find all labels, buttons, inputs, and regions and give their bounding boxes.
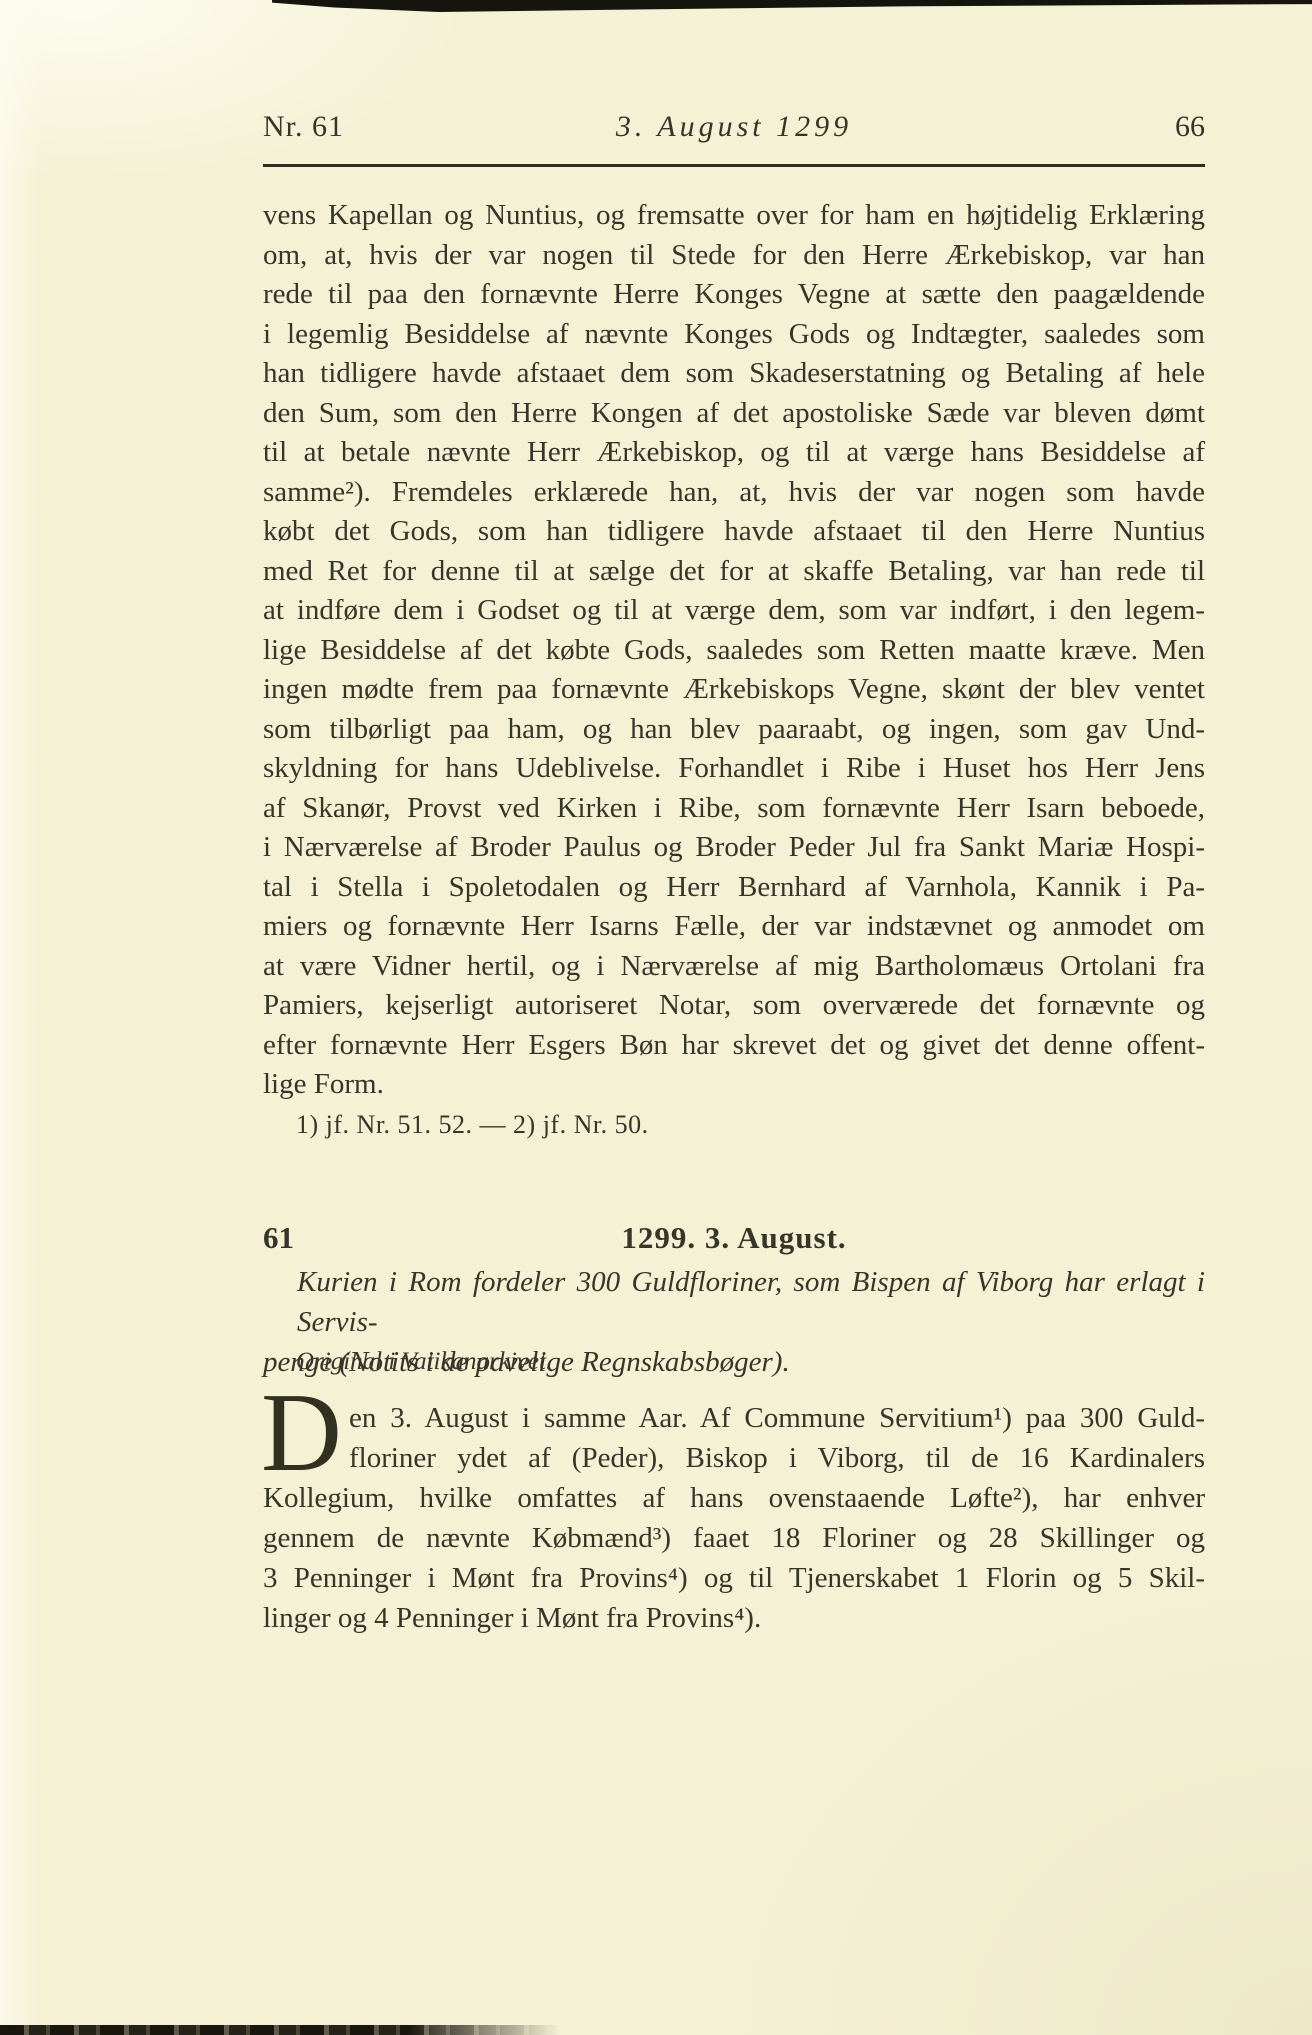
- footnote-line: 1) jf. Nr. 51. 52. — 2) jf. Nr. 50.: [296, 1110, 1176, 1140]
- entry-date-heading: 1299. 3. August.: [621, 1220, 846, 1256]
- scanned-book-page: Nr. 61 3. August 1299 66 vens Kapellan o…: [0, 0, 1312, 2035]
- text-line: han tidligere havde afstaaet dem som Ska…: [263, 354, 1205, 394]
- running-date-label: 3. August 1299: [616, 110, 852, 144]
- text-line: skyldning for hans Udeblivelse. Forhandl…: [263, 749, 1205, 789]
- text-line: at være Vidner hertil, og i Nærværelse a…: [263, 947, 1205, 987]
- text-line: en 3. August i samme Aar. Af Commune Ser…: [263, 1398, 1205, 1438]
- text-line: lige Besiddelse af det købte Gods, saale…: [263, 631, 1205, 671]
- text-line: om, at, hvis der var nogen til Stede for…: [263, 236, 1205, 276]
- text-line: gennem de nævnte Købmænd³) faaet 18 Flor…: [263, 1518, 1205, 1558]
- page-number-label: 66: [1175, 110, 1205, 144]
- text-line: til at betale nævnte Herr Ærkebiskop, og…: [263, 433, 1205, 473]
- text-line: lige Form.: [263, 1065, 1205, 1105]
- text-line: som tilbørligt paa ham, og han blev paar…: [263, 710, 1205, 750]
- scan-edge-bottom: [0, 2025, 566, 2035]
- text-line: at indføre dem i Godset og til at værge …: [263, 591, 1205, 631]
- continued-paragraph: vens Kapellan og Nuntius, og fremsatte o…: [263, 196, 1205, 1105]
- text-line: 3 Penninger i Mønt fra Provins⁴) og til …: [263, 1558, 1205, 1598]
- document-number-label: Nr. 61: [263, 110, 344, 144]
- text-line: linger og 4 Penninger i Mønt fra Provins…: [263, 1598, 1205, 1638]
- text-line: købt det Gods, som han tidligere havde a…: [263, 512, 1205, 552]
- page-header: Nr. 61 3. August 1299 66: [263, 110, 1205, 144]
- source-note: Original i Vatikanarkivet.: [296, 1348, 1176, 1376]
- text-line: Pamiers, kejserligt autoriseret Notar, s…: [263, 986, 1205, 1026]
- entry-number: 61: [263, 1220, 294, 1256]
- entry-body-paragraph: en 3. August i samme Aar. Af Commune Ser…: [263, 1398, 1205, 1638]
- text-line: rede til paa den fornævnte Herre Konges …: [263, 275, 1205, 315]
- text-line: floriner ydet af (Peder), Biskop i Vibor…: [263, 1438, 1205, 1478]
- text-line: efter fornævnte Herr Esgers Bøn har skre…: [263, 1026, 1205, 1066]
- text-line: Kollegium, hvilke omfattes af hans ovens…: [263, 1478, 1205, 1518]
- text-line: med Ret for denne til at sælge det for a…: [263, 552, 1205, 592]
- text-line: af Skanør, Provst ved Kirken i Ribe, som…: [263, 789, 1205, 829]
- text-line: miers og fornævnte Herr Isarns Fælle, de…: [263, 907, 1205, 947]
- header-rule: [263, 164, 1205, 167]
- text-line: vens Kapellan og Nuntius, og fremsatte o…: [263, 196, 1205, 236]
- text-line: ingen mødte frem paa fornævnte Ærkebisko…: [263, 670, 1205, 710]
- text-line: samme²). Fremdeles erklærede han, at, hv…: [263, 473, 1205, 513]
- text-line: i legemlig Besiddelse af nævnte Konges G…: [263, 315, 1205, 355]
- text-line: i Nærværelse af Broder Paulus og Broder …: [263, 828, 1205, 868]
- scan-edge-top: [272, 0, 1312, 12]
- text-line: den Sum, som den Herre Kongen af det apo…: [263, 394, 1205, 434]
- entry-heading: 61 1299. 3. August.: [263, 1220, 1205, 1256]
- text-line: Kurien i Rom fordeler 300 Guldfloriner, …: [263, 1262, 1205, 1342]
- text-line: tal i Stella i Spoletodalen og Herr Bern…: [263, 868, 1205, 908]
